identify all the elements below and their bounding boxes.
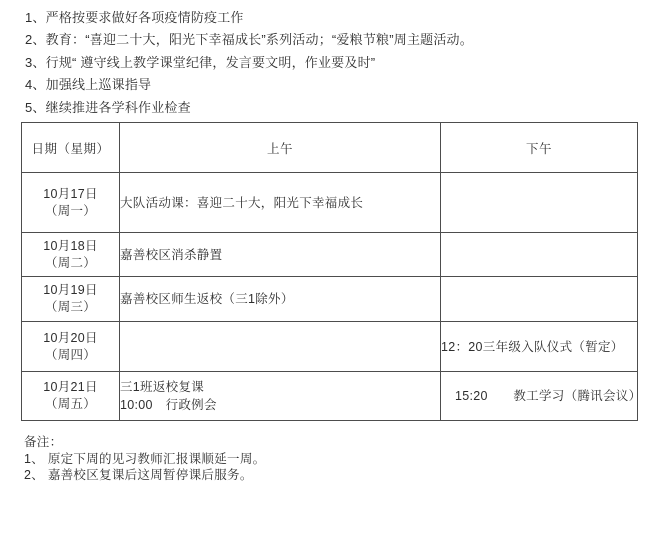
afternoon-cell <box>441 233 638 277</box>
date-cell: 10月20日 （周四） <box>22 322 120 372</box>
schedule-document: 1、严格按要求做好各项疫情防疫工作 2、教育：“喜迎二十大，阳光下幸福成长”系列… <box>0 0 650 542</box>
top-note-item: 2、教育：“喜迎二十大，阳光下幸福成长”系列活动；“爱粮节粮”周主题活动。 <box>25 29 650 51</box>
remarks-title: 备注： <box>24 434 650 451</box>
morning-cell <box>120 322 441 372</box>
top-notes-list: 1、严格按要求做好各项疫情防疫工作 2、教育：“喜迎二十大，阳光下幸福成长”系列… <box>0 0 650 119</box>
afternoon-cell: 15:20 教工学习（腾讯会议） <box>441 372 638 421</box>
table-row: 10月21日 （周五） 三1班返校复课 10:00 行政例会 15:20 教工学… <box>22 372 638 421</box>
date-cell: 10月17日 （周一） <box>22 173 120 233</box>
header-morning: 上午 <box>120 123 441 173</box>
date-cell: 10月21日 （周五） <box>22 372 120 421</box>
morning-cell: 三1班返校复课 10:00 行政例会 <box>120 372 441 421</box>
afternoon-cell <box>441 173 638 233</box>
top-note-item: 4、加强线上巡课指导 <box>25 74 650 96</box>
table-row: 10月17日 （周一） 大队活动课：喜迎二十大，阳光下幸福成长 <box>22 173 638 233</box>
table-row: 10月18日 （周二） 嘉善校区消杀静置 <box>22 233 638 277</box>
afternoon-cell <box>441 277 638 322</box>
top-note-item: 3、行规“ 遵守线上教学课堂纪律，发言要文明，作业要及时” <box>25 52 650 74</box>
date-cell: 10月18日 （周二） <box>22 233 120 277</box>
table-row: 10月19日 （周三） 嘉善校区师生返校（三1除外） <box>22 277 638 322</box>
remarks-section: 备注： 1、 原定下周的见习教师汇报课顺延一周。 2、 嘉善校区复课后这周暂停课… <box>24 434 650 484</box>
morning-cell: 嘉善校区消杀静置 <box>120 233 441 277</box>
weekly-schedule-table: 日期（星期） 上午 下午 10月17日 （周一） 大队活动课：喜迎二十大，阳光下… <box>21 122 638 421</box>
afternoon-cell: 12：20三年级入队仪式（暂定） <box>441 322 638 372</box>
morning-cell: 大队活动课：喜迎二十大，阳光下幸福成长 <box>120 173 441 233</box>
remark-item: 2、 嘉善校区复课后这周暂停课后服务。 <box>24 467 650 484</box>
top-note-item: 5、继续推进各学科作业检查 <box>25 97 650 119</box>
morning-cell: 嘉善校区师生返校（三1除外） <box>120 277 441 322</box>
header-date: 日期（星期） <box>22 123 120 173</box>
header-afternoon: 下午 <box>441 123 638 173</box>
date-cell: 10月19日 （周三） <box>22 277 120 322</box>
table-header-row: 日期（星期） 上午 下午 <box>22 123 638 173</box>
top-note-item: 1、严格按要求做好各项疫情防疫工作 <box>25 7 650 29</box>
remark-item: 1、 原定下周的见习教师汇报课顺延一周。 <box>24 451 650 468</box>
table-row: 10月20日 （周四） 12：20三年级入队仪式（暂定） <box>22 322 638 372</box>
